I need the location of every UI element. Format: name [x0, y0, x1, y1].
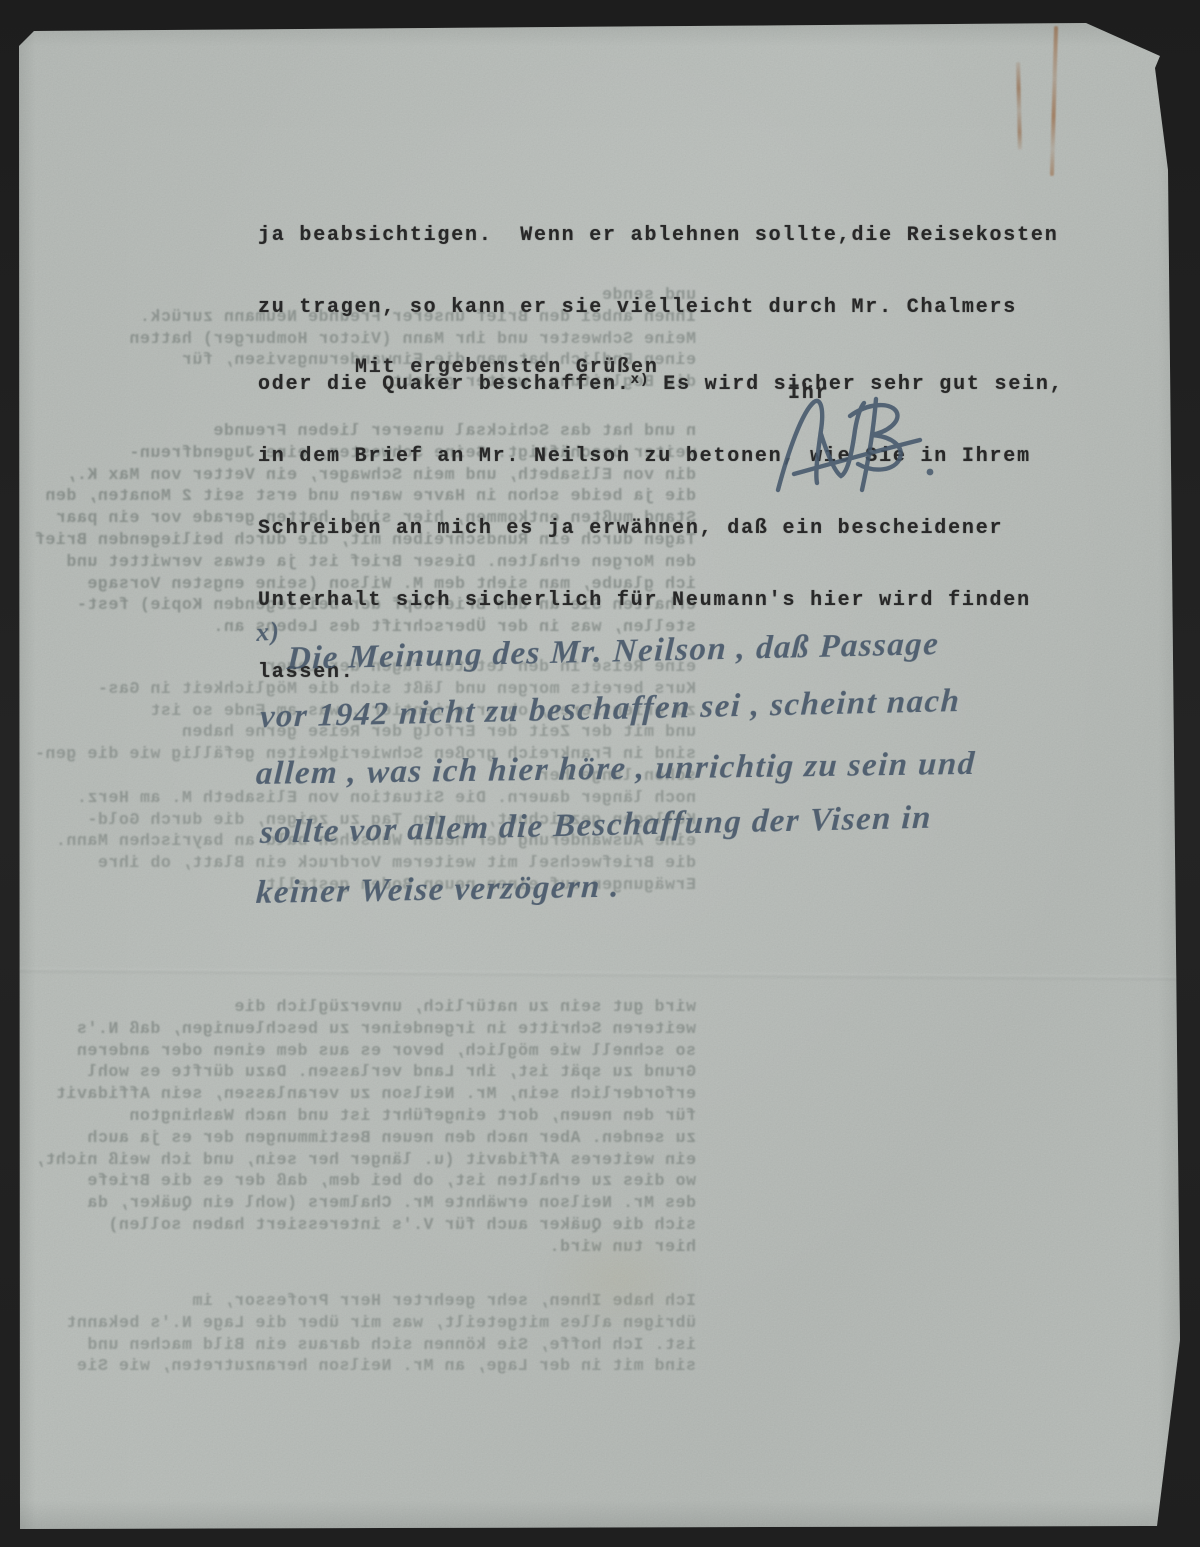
bleedthrough-line: erforderlich sein, Mr. Neilson zu veranl… [72, 1083, 696, 1105]
bleedthrough-line: ist. Ich hoffe, Sie können sich daraus e… [72, 1334, 696, 1356]
bleedthrough-line: wird gut sein zu natürlich, unverzüglich… [72, 996, 696, 1018]
document-scan: und sendeIhnen anbei den Brief unserer F… [0, 0, 1200, 1547]
typed-line: Schreiben an mich es ja erwähnen, daß ei… [258, 517, 1064, 541]
signature-monogram [770, 390, 970, 510]
bleedthrough-line: zu senden. Aber nach den neuen Bestimmun… [72, 1127, 696, 1149]
typed-line: Unterhalt sich sicherlich für Neumann's … [258, 589, 1064, 613]
bleedthrough-line: Grund zu spät ist, ihr Land verlassen. D… [72, 1061, 696, 1083]
typed-line: ja beabsichtigen. Wenn er ablehnen sollt… [258, 224, 1064, 248]
closing-salutation: Mit ergebensten Grüßen [355, 356, 659, 379]
bleedthrough-line: weiteren Schritte in irgendeiner zu besc… [72, 1018, 696, 1040]
bleedthrough-line: des Mr. Neilson erwähnte Mr. Chalmers (w… [72, 1192, 696, 1214]
bleedthrough-line: so schnell wie möglich, bevor es aus dem… [72, 1040, 696, 1062]
handwritten-footnote-mark: x) [255, 616, 282, 648]
bleedthrough-line: für den neuen, dort eingeführt ist und n… [72, 1105, 696, 1127]
typed-line: zu tragen, so kann er sie vielleicht dur… [258, 296, 1064, 320]
bleedthrough-line: sind mit in der Lage, an Mr. Neilson her… [72, 1355, 696, 1377]
handwritten-line: keiner Weise verzögern . [255, 869, 621, 912]
bleedthrough-block: wird gut sein zu natürlich, unverzüglich… [72, 996, 696, 1258]
paper-sheet: und sendeIhnen anbei den Brief unserer F… [0, 0, 1200, 1547]
bleedthrough-line: ein weiteres Affidavit (u. länger her se… [72, 1149, 696, 1171]
bleedthrough-line: wo dies zu erhalten ist, ob bei dem, daß… [72, 1170, 696, 1192]
paper-stain [540, 1225, 700, 1335]
